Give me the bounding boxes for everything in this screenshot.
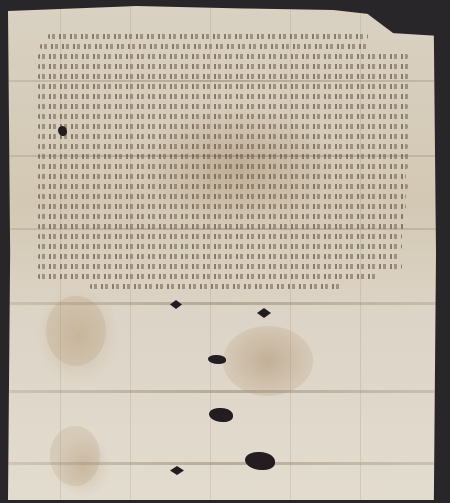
document-description: Photograph of a folded parchment charter… bbox=[0, 0, 1, 1]
script-line bbox=[38, 64, 410, 69]
script-line bbox=[38, 184, 408, 189]
script-line bbox=[40, 44, 370, 49]
script-line bbox=[38, 134, 410, 139]
water-stain bbox=[46, 296, 106, 366]
script-line bbox=[48, 34, 368, 39]
script-line bbox=[38, 214, 404, 219]
parchment-hole bbox=[58, 126, 67, 136]
parchment-hole bbox=[208, 355, 226, 364]
handwritten-text-block bbox=[30, 28, 408, 298]
script-line bbox=[38, 114, 410, 119]
script-line bbox=[38, 104, 408, 109]
script-line bbox=[38, 244, 402, 249]
script-line bbox=[38, 264, 402, 269]
document-photo: Photograph of a folded parchment charter… bbox=[0, 0, 450, 503]
water-stain bbox=[223, 326, 313, 396]
script-line bbox=[38, 254, 400, 259]
water-stain bbox=[50, 426, 100, 486]
script-line bbox=[38, 174, 406, 179]
parchment-sheet bbox=[8, 6, 436, 500]
script-line bbox=[38, 154, 410, 159]
script-line bbox=[38, 74, 412, 79]
fold-crease bbox=[8, 390, 436, 393]
script-line bbox=[90, 284, 340, 289]
script-line bbox=[38, 224, 404, 229]
script-line bbox=[38, 164, 408, 169]
parchment-hole bbox=[209, 408, 233, 422]
script-line bbox=[38, 144, 408, 149]
script-line bbox=[38, 204, 406, 209]
script-line bbox=[38, 274, 378, 279]
script-line bbox=[38, 94, 412, 99]
script-line bbox=[38, 84, 410, 89]
script-line bbox=[38, 54, 408, 59]
script-line bbox=[38, 234, 402, 239]
script-line bbox=[38, 194, 406, 199]
script-line bbox=[38, 124, 408, 129]
